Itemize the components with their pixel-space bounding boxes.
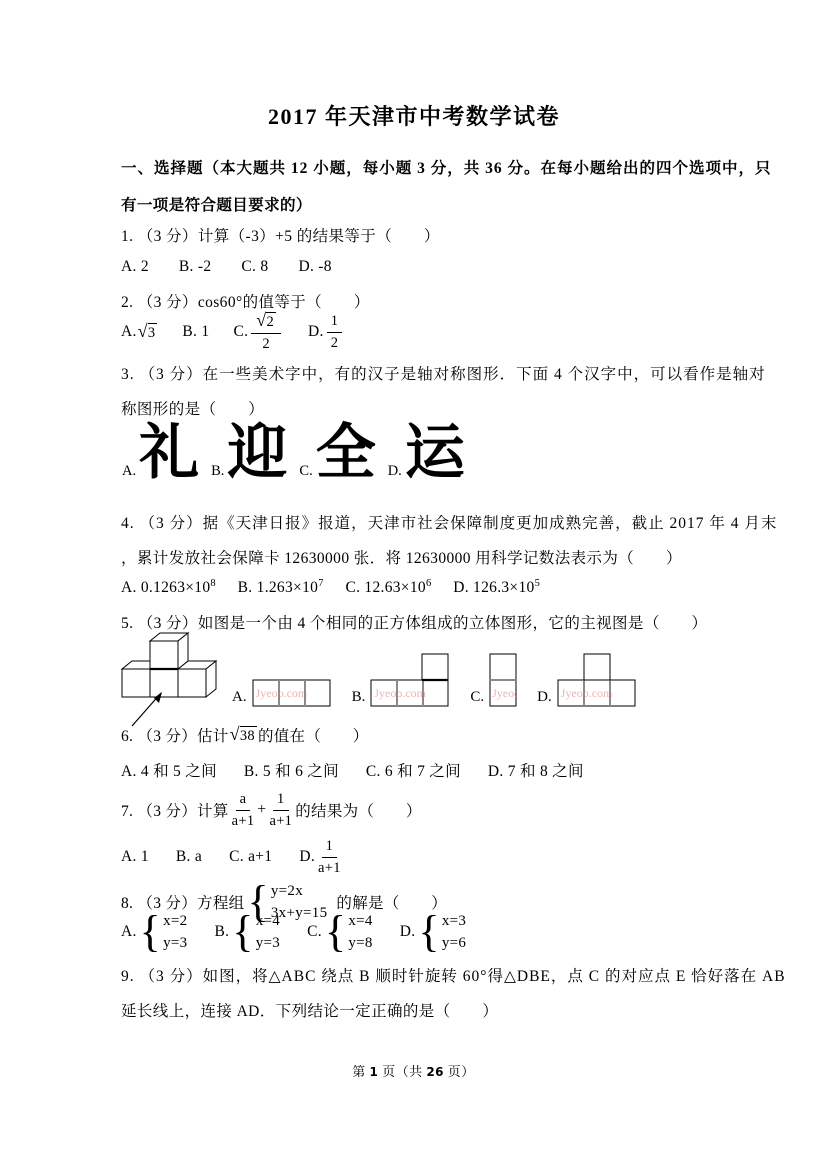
equation-system: {x=4y=8 bbox=[325, 910, 373, 955]
q3-label-a: A. bbox=[122, 464, 136, 479]
question-7-stem: 7. （3 分）计算 a a+1 + 1 a+1 的结果为（ ） bbox=[121, 787, 422, 833]
question-8-options: A. {x=2y=3 B. {x=4y=3 C. {x=4y=8 D. {x=3… bbox=[121, 906, 469, 958]
q5-option-c: C. Jyeoo.com bbox=[470, 653, 517, 707]
left-brace-icon: { bbox=[418, 913, 439, 950]
q5-option-a: A. Jyeoo.com bbox=[232, 679, 332, 707]
q2-option-a: A. √3 bbox=[121, 322, 158, 342]
fraction-sqrt2-over-2: √2 2 bbox=[251, 311, 281, 353]
q6-option-d: D. 7 和 8 之间 bbox=[488, 759, 584, 781]
question-4-options: A. 0.1263×108 B. 1.263×107 C. 12.63×106 … bbox=[121, 579, 540, 597]
q7-option-c: C. a+1 bbox=[229, 848, 272, 866]
q6-option-a: A. 4 和 5 之间 bbox=[121, 759, 217, 781]
question-1-stem: 1. （3 分）计算（-3）+5 的结果等于（ ） bbox=[121, 224, 713, 246]
fraction-a-over-a-plus-1: a a+1 bbox=[232, 790, 255, 829]
question-4-stem-line2: ，累计发放社会保障卡 12630000 张．将 12630000 用科学记数法表… bbox=[121, 546, 713, 568]
q8-option-d: D. {x=3y=6 bbox=[400, 910, 469, 955]
q7-option-b: B. a bbox=[176, 848, 202, 866]
q6-option-b: B. 5 和 6 之间 bbox=[244, 759, 339, 781]
exam-page: 2017 年天津市中考数学试卷 一、选择题（本大题共 12 小题，每小题 3 分… bbox=[0, 0, 827, 1169]
exponent: 7 bbox=[318, 578, 323, 589]
q5-option-b: B. Jyeoo.com bbox=[352, 653, 451, 707]
question-2-options: A. √3 B. 1 C. √2 2 D. 1 2 bbox=[121, 311, 345, 353]
q2-option-d-label: D. bbox=[308, 323, 324, 341]
q8-option-c: C. {x=4y=8 bbox=[307, 910, 376, 955]
sqrt-3: √3 bbox=[138, 322, 158, 342]
front-view-option-b-figure: Jyeoo.com bbox=[370, 653, 450, 707]
q1-option-c: C. 8 bbox=[241, 258, 268, 276]
equation-system: {x=2y=3 bbox=[140, 910, 188, 955]
fraction-1-over-a-plus-1: 1 a+1 bbox=[318, 837, 341, 876]
cube-assembly-figure bbox=[116, 629, 241, 729]
q1-option-d: D. -8 bbox=[298, 258, 331, 276]
exponent: 8 bbox=[210, 578, 215, 589]
question-1-options: A. 2 B. -2 C. 8 D. -8 bbox=[121, 258, 332, 276]
section-header-line1: 一、选择题（本大题共 12 小题，每小题 3 分，共 36 分。在每小题给出的四… bbox=[121, 156, 713, 178]
q4-option-a: A. 0.1263×108 bbox=[121, 579, 216, 597]
q2-option-d: D. 1 2 bbox=[308, 312, 345, 351]
q2-option-a-label: A. bbox=[121, 323, 137, 341]
q3-label-c: C. bbox=[299, 464, 312, 479]
fraction-1-over-2: 1 2 bbox=[327, 312, 343, 351]
section-header-line2: 有一项是符合题目要求的） bbox=[121, 193, 713, 215]
q7-option-d: D. 1 a+1 bbox=[299, 837, 343, 876]
page-footer: 第 1 页（共 26 页） bbox=[0, 1061, 827, 1080]
q3-char-yun: 运 bbox=[405, 424, 465, 483]
q4-option-b: B. 1.263×107 bbox=[238, 579, 324, 597]
q2-option-b: B. 1 bbox=[182, 323, 209, 341]
q2-option-c: C. √2 2 bbox=[233, 311, 284, 353]
total-pages: 26 bbox=[426, 1065, 444, 1079]
equation-system: {x=4y=3 bbox=[232, 910, 280, 955]
q4-option-d: D. 126.3×105 bbox=[453, 579, 540, 597]
q8-option-b: B. {x=4y=3 bbox=[214, 910, 283, 955]
question-3-stem-line1: 3. （3 分）在一些美术字中，有的汉子是轴对称图形．下面 4 个汉字中，可以看… bbox=[121, 362, 713, 384]
radical-sign-icon: √ bbox=[256, 311, 266, 330]
left-brace-icon: { bbox=[232, 913, 253, 950]
q4-option-c: C. 12.63×106 bbox=[345, 579, 431, 597]
plus-sign: + bbox=[257, 801, 266, 819]
left-brace-icon: { bbox=[140, 913, 161, 950]
page-number: 1 bbox=[369, 1065, 378, 1079]
q8-option-a: A. {x=2y=3 bbox=[121, 910, 190, 955]
front-view-option-a-figure: Jyeoo.com bbox=[252, 679, 332, 707]
front-view-option-d-figure: Jyeoo.com bbox=[557, 653, 637, 707]
question-9-stem-line2: 延长线上，连接 AD．下列结论一定正确的是（ ） bbox=[121, 999, 713, 1021]
question-9-stem-line1: 9. （3 分）如图，将△ABC 绕点 B 顺时针旋转 60°得△DBE，点 C… bbox=[121, 964, 713, 986]
question-6-options: A. 4 和 5 之间 B. 5 和 6 之间 C. 6 和 7 之间 D. 7… bbox=[121, 759, 584, 781]
left-brace-icon: { bbox=[325, 913, 346, 950]
page-title: 2017 年天津市中考数学试卷 bbox=[121, 100, 707, 131]
system-eq1: y=2x bbox=[271, 880, 328, 903]
q7-option-a: A. 1 bbox=[121, 848, 149, 866]
radical-sign-icon: √ bbox=[138, 322, 148, 341]
sqrt-38: √38 bbox=[230, 725, 257, 745]
question-4-stem-line1: 4. （3 分）据《天津日报》报道，天津市社会保障制度更加成熟完善，截止 201… bbox=[121, 511, 713, 533]
front-view-option-c-figure: Jyeoo.com bbox=[489, 653, 517, 707]
radical-sign-icon: √ bbox=[230, 725, 240, 744]
question-3-stem-line2: 称图形的是（ ） bbox=[121, 397, 713, 419]
question-3-character-options: A. 礼 B. 迎 C. 全 D. 运 bbox=[122, 424, 477, 483]
q3-label-d: D. bbox=[388, 464, 402, 479]
question-2-stem: 2. （3 分）cos60°的值等于（ ） bbox=[121, 290, 713, 312]
q2-option-c-label: C. bbox=[233, 323, 248, 341]
equation-system: {x=3y=6 bbox=[418, 910, 466, 955]
exponent: 5 bbox=[535, 578, 540, 589]
q5-option-d: D. Jyeoo.com bbox=[537, 653, 637, 707]
exponent: 6 bbox=[426, 578, 431, 589]
q1-option-b: B. -2 bbox=[179, 258, 212, 276]
q3-char-ying: 迎 bbox=[227, 424, 287, 483]
q3-char-li: 礼 bbox=[139, 424, 199, 483]
q3-label-b: B. bbox=[211, 464, 224, 479]
sqrt-2: √2 bbox=[256, 311, 276, 331]
fraction-1-over-a-plus-1: 1 a+1 bbox=[269, 790, 292, 829]
question-5-options: A. Jyeoo.com B. Jyeoo.com C. Jyeoo.com D… bbox=[232, 653, 637, 707]
q3-char-quan: 全 bbox=[316, 424, 376, 483]
q6-option-c: C. 6 和 7 之间 bbox=[366, 759, 461, 781]
question-6-stem: 6. （3 分）估计 √38 的值在（ ） bbox=[121, 722, 369, 748]
q1-option-a: A. 2 bbox=[121, 258, 149, 276]
